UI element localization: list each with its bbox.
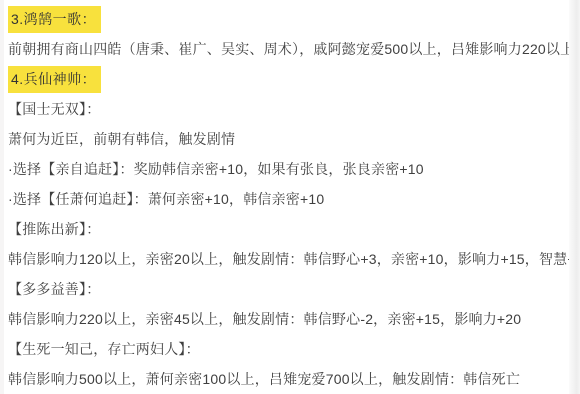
paragraph-text: 韩信影响力500以上，萧何亲密100以上，吕雉宠爱700以上，触发剧情：韩信死亡 bbox=[8, 369, 520, 389]
paragraph-row: 【国士无双】： bbox=[8, 94, 566, 124]
paragraph-row: 【生死一知己，存亡两妇人】： bbox=[8, 334, 566, 364]
paragraph-row: 韩信影响力120以上，亲密20以上，触发剧情：韩信野心+3，亲密+10，影响力+… bbox=[8, 244, 566, 274]
paragraph-text: 韩信影响力120以上，亲密20以上，触发剧情：韩信野心+3，亲密+10，影响力+… bbox=[8, 249, 580, 269]
document-page: 3.鸿鹄一歌：前朝拥有商山四皓（唐秉、崔广、吴实、周术），戚阿懿宠爱500以上，… bbox=[0, 0, 580, 394]
right-edge-gutter bbox=[569, 0, 580, 394]
document-lines: 3.鸿鹄一歌：前朝拥有商山四皓（唐秉、崔广、吴实、周术），戚阿懿宠爱500以上，… bbox=[8, 4, 566, 394]
paragraph-text: ·选择【任萧何追赶】：萧何亲密+10，韩信亲密+10 bbox=[8, 189, 324, 209]
paragraph-row: 韩信影响力500以上，萧何亲密100以上，吕雉宠爱700以上，触发剧情：韩信死亡 bbox=[8, 364, 566, 394]
highlighted-heading-text: 4.兵仙神帅： bbox=[8, 66, 101, 93]
paragraph-row: 【多多益善】： bbox=[8, 274, 566, 304]
left-edge-gutter bbox=[0, 0, 4, 394]
section-heading-row: 4.兵仙神帅： bbox=[8, 64, 566, 94]
paragraph-text: 韩信影响力220以上，亲密45以上，触发剧情：韩信野心-2，亲密+15，影响力+… bbox=[8, 309, 521, 329]
paragraph-text: 【生死一知己，存亡两妇人】： bbox=[8, 339, 200, 359]
paragraph-row: 萧何为近臣，前朝有韩信，触发剧情 bbox=[8, 124, 566, 154]
paragraph-text: 【推陈出新】： bbox=[8, 219, 100, 239]
highlighted-heading-text: 3.鸿鹄一歌： bbox=[8, 6, 101, 33]
paragraph-text: ·选择【亲自追赶】：奖励韩信亲密+10，如果有张良，张良亲密+10 bbox=[8, 159, 424, 179]
paragraph-text: 萧何为近臣，前朝有韩信，触发剧情 bbox=[8, 129, 235, 149]
paragraph-text: 【国士无双】： bbox=[8, 99, 100, 119]
paragraph-text: 【多多益善】： bbox=[8, 279, 100, 299]
paragraph-row: ·选择【任萧何追赶】：萧何亲密+10，韩信亲密+10 bbox=[8, 184, 566, 214]
paragraph-row: 【推陈出新】： bbox=[8, 214, 566, 244]
paragraph-text: 前朝拥有商山四皓（唐秉、崔广、吴实、周术），戚阿懿宠爱500以上，吕雉影响力22… bbox=[8, 39, 580, 59]
section-heading-row: 3.鸿鹄一歌： bbox=[8, 4, 566, 34]
paragraph-row: 韩信影响力220以上，亲密45以上，触发剧情：韩信野心-2，亲密+15，影响力+… bbox=[8, 304, 566, 334]
paragraph-row: 前朝拥有商山四皓（唐秉、崔广、吴实、周术），戚阿懿宠爱500以上，吕雉影响力22… bbox=[8, 34, 566, 64]
paragraph-row: ·选择【亲自追赶】：奖励韩信亲密+10，如果有张良，张良亲密+10 bbox=[8, 154, 566, 184]
